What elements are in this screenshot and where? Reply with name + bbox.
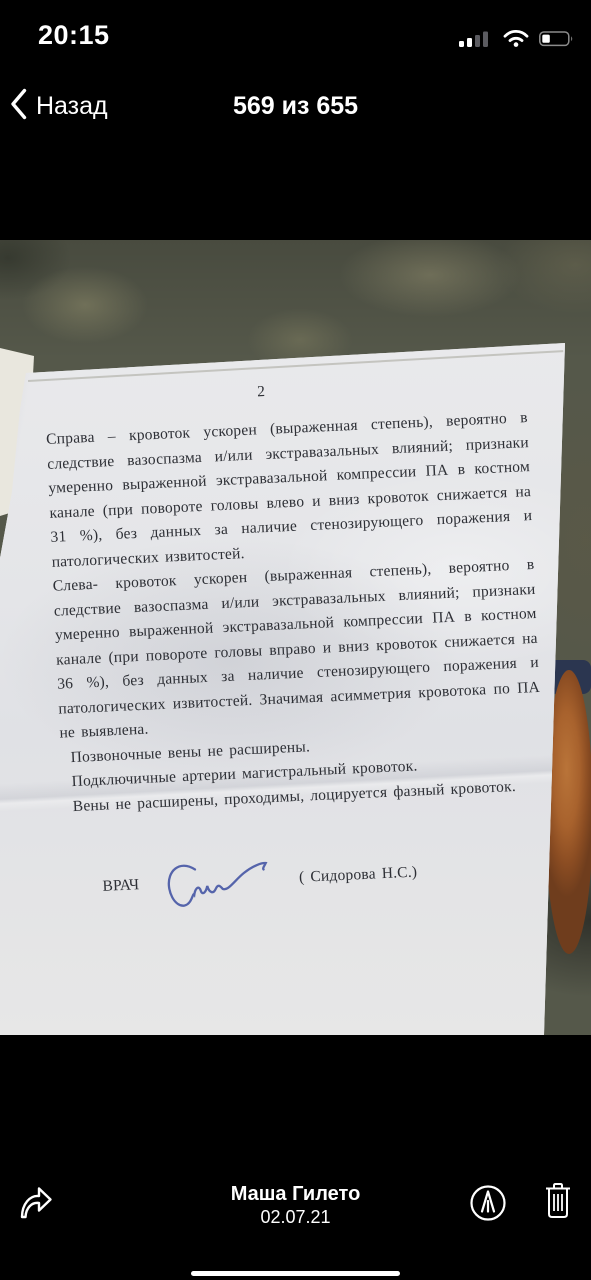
status-time: 20:15: [38, 20, 110, 51]
delete-button[interactable]: [544, 1183, 572, 1224]
signature-row: ВРАЧ ( Сидорова Н.С.): [66, 856, 550, 928]
document-paragraph: Слева- кровоток ускорен (выраженная степ…: [52, 553, 541, 746]
doctor-signature: [158, 850, 278, 929]
draw-icon: [469, 1209, 507, 1226]
battery-icon: [539, 31, 575, 52]
cellular-signal-icon: [459, 31, 493, 52]
home-indicator[interactable]: [191, 1271, 400, 1276]
doctor-name: ( Сидорова Н.С.): [299, 862, 418, 889]
draw-button[interactable]: [469, 1184, 507, 1227]
paper-document: 2 Справа – кровоток ускорен (выраженная …: [0, 240, 591, 1035]
document-paragraph: Справа – кровоток ускорен (выраженная ст…: [46, 406, 534, 575]
doctor-label: ВРАЧ: [102, 874, 140, 898]
photo-viewer-screen: 20:15: [0, 0, 591, 1280]
trash-icon: [544, 1206, 572, 1223]
wifi-icon: [501, 30, 531, 52]
status-icons: [459, 30, 575, 52]
photo-counter-title: 569 из 655: [0, 92, 591, 121]
photo-of-document[interactable]: 2 Справа – кровоток ускорен (выраженная …: [0, 240, 591, 1035]
document-text: 2 Справа – кровоток ускорен (выраженная …: [44, 370, 550, 928]
